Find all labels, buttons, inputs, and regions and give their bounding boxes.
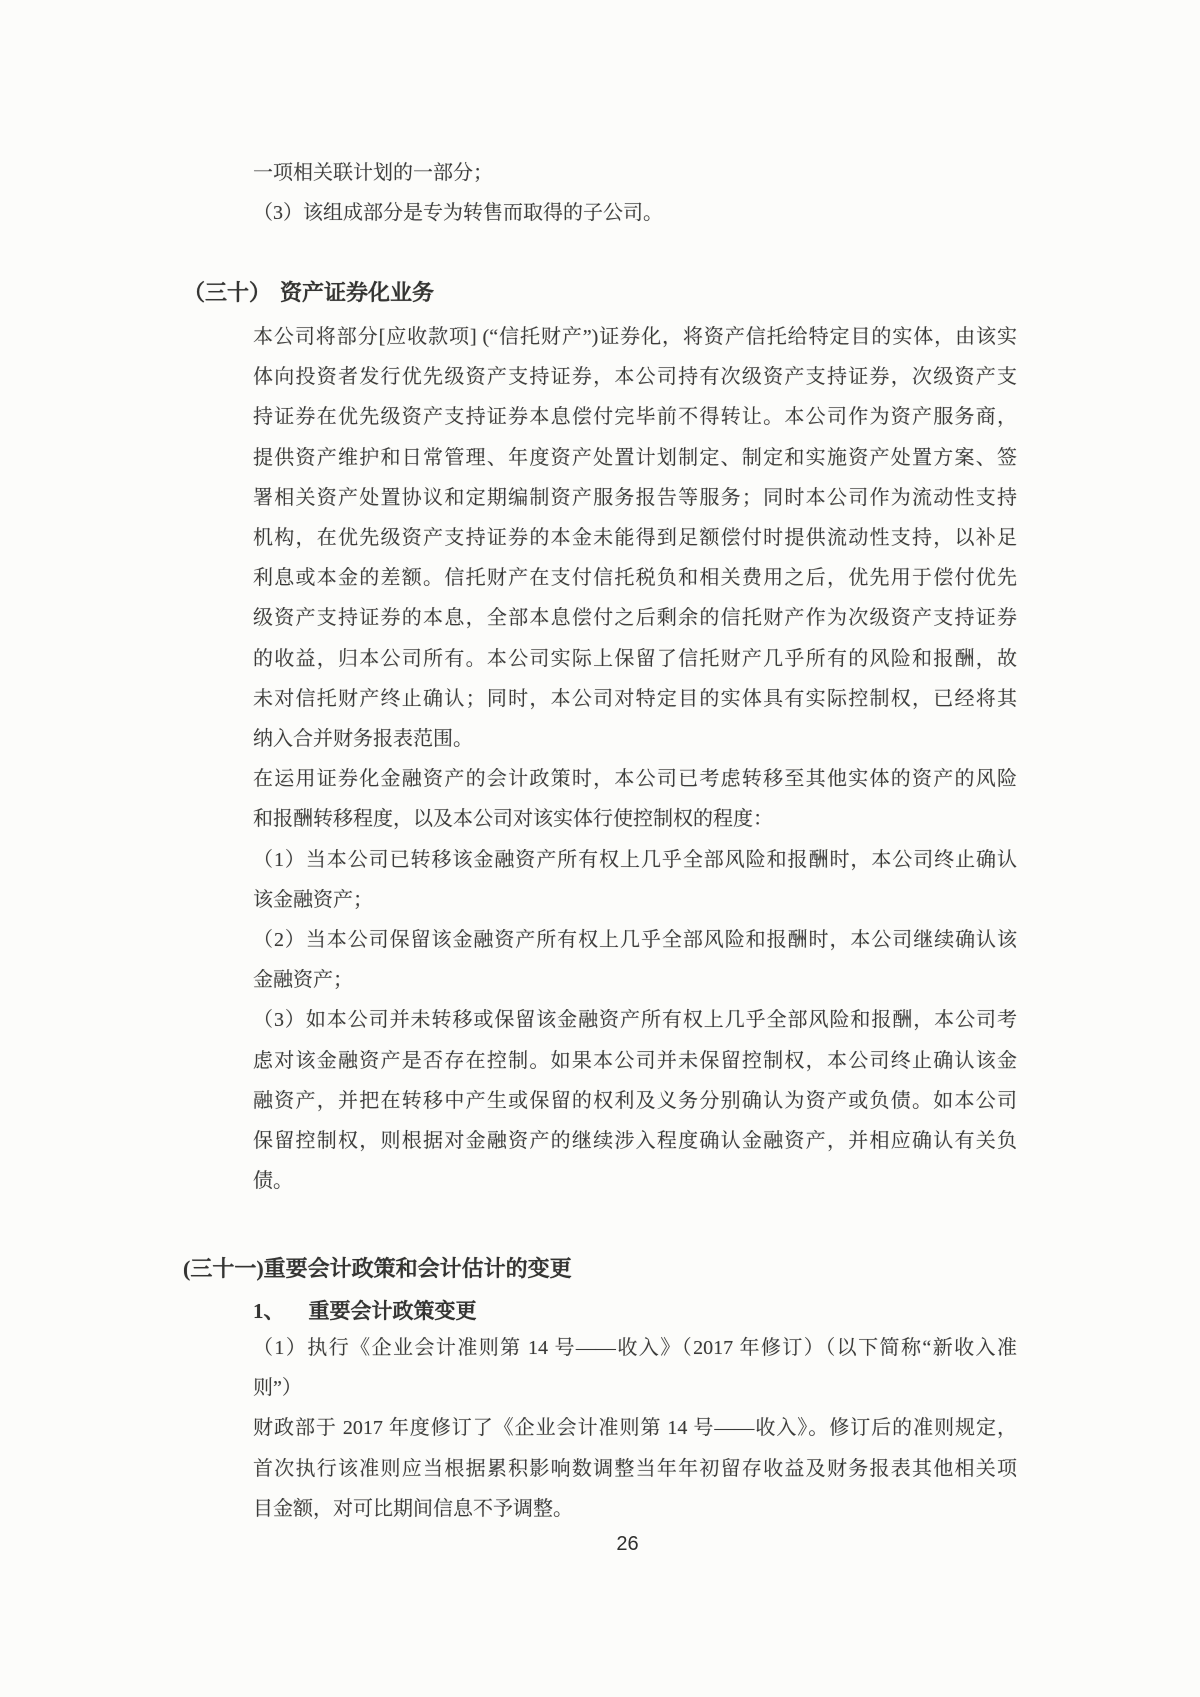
text-line: （3）该组成部分是专为转售而取得的子公司。 (253, 193, 1017, 233)
section-30-title: 资产证券化业务 (280, 280, 434, 305)
text-line: 的收益，归本公司所有。本公司实际上保留了信托财产几乎所有的风险和报酬，故 (253, 639, 1017, 679)
text-line: 提供资产维护和日常管理、年度资产处置计划制定、制定和实施资产处置方案、签 (253, 438, 1017, 478)
section-31-number: (三十一) (183, 1256, 264, 1281)
policy-change-sub-title: 重要会计政策变更 (309, 1299, 477, 1323)
text-line: 和报酬转移程度，以及本公司对该实体行使控制权的程度： (253, 799, 1017, 839)
text-line: 金融资产； (253, 960, 1017, 1000)
page-number: 26 (253, 1533, 1002, 1556)
text-line: （2）当本公司保留该金融资产所有权上几乎全部风险和报酬时，本公司继续确认该 (253, 920, 1017, 960)
text-line: （3）如本公司并未转移或保留该金融资产所有权上几乎全部风险和报酬，本公司考 (253, 1000, 1017, 1040)
text-line: （1）当本公司已转移该金融资产所有权上几乎全部风险和报酬时，本公司终止确认 (253, 840, 1017, 880)
text-line: 虑对该金融资产是否存在控制。如果本公司并未保留控制权，本公司终止确认该金 (253, 1041, 1017, 1081)
text-line: 纳入合并财务报表范围。 (253, 719, 1017, 759)
text-line: 机构，在优先级资产支持证券的本金未能得到足额偿付时提供流动性支持，以补足 (253, 518, 1017, 558)
text-line: 利息或本金的差额。信托财产在支付信托税负和相关费用之后，优先用于偿付优先 (253, 558, 1017, 598)
text-line: 该金融资产； (253, 880, 1017, 920)
text-line: 则”） (253, 1368, 1017, 1408)
text-line: 债。 (253, 1161, 1017, 1201)
document-page: 一项相关联计划的一部分；（3）该组成部分是专为转售而取得的子公司。 （三十）资产… (0, 0, 1200, 1697)
section-30-body: 本公司将部分[应收款项] (“信托财产”)证券化，将资产信托给特定目的实体，由该… (253, 317, 1017, 1201)
text-line: 目金额，对可比期间信息不予调整。 (253, 1489, 1017, 1529)
text-line: 首次执行该准则应当根据累积影响数调整当年年初留存收益及财务报表其他相关项 (253, 1449, 1017, 1489)
policy-change-sub-number: 1、 (253, 1299, 285, 1323)
policy-change-subheading: 1、重要会计政策变更 (253, 1296, 477, 1326)
text-line: 财政部于 2017 年度修订了《企业会计准则第 14 号——收入》。修订后的准则… (253, 1408, 1017, 1448)
text-line: 本公司将部分[应收款项] (“信托财产”)证券化，将资产信托给特定目的实体，由该… (253, 317, 1017, 357)
text-line: 持证券在优先级资产支持证券本息偿付完毕前不得转让。本公司作为资产服务商， (253, 397, 1017, 437)
text-line: 级资产支持证券的本息，全部本息偿付之后剩余的信托财产作为次级资产支持证券 (253, 598, 1017, 638)
text-line: 保留控制权，则根据对金融资产的继续涉入程度确认金融资产，并相应确认有关负 (253, 1121, 1017, 1161)
text-line: 融资产，并把在转移中产生或保留的权利及义务分别确认为资产或负债。如本公司 (253, 1081, 1017, 1121)
section-30-heading: （三十）资产证券化业务 (183, 278, 434, 308)
section-31-title: 重要会计政策和会计估计的变更 (264, 1256, 572, 1281)
text-line: 署相关资产处置协议和定期编制资产服务报告等服务；同时本公司作为流动性支持 (253, 478, 1017, 518)
text-line: （1）执行《企业会计准则第 14 号——收入》（2017 年修订）（以下简称“新… (253, 1328, 1017, 1368)
text-line: 一项相关联计划的一部分； (253, 153, 1017, 193)
continued-paragraph: 一项相关联计划的一部分；（3）该组成部分是专为转售而取得的子公司。 (253, 153, 1017, 233)
text-line: 体向投资者发行优先级资产支持证券，本公司持有次级资产支持证券，次级资产支 (253, 357, 1017, 397)
section-30-number: （三十） (183, 280, 271, 305)
policy-change-body: （1）执行《企业会计准则第 14 号——收入》（2017 年修订）（以下简称“新… (253, 1328, 1017, 1529)
section-31-heading: (三十一)重要会计政策和会计估计的变更 (183, 1254, 572, 1284)
text-line: 在运用证券化金融资产的会计政策时，本公司已考虑转移至其他实体的资产的风险 (253, 759, 1017, 799)
text-line: 未对信托财产终止确认；同时，本公司对特定目的实体具有实际控制权，已经将其 (253, 679, 1017, 719)
